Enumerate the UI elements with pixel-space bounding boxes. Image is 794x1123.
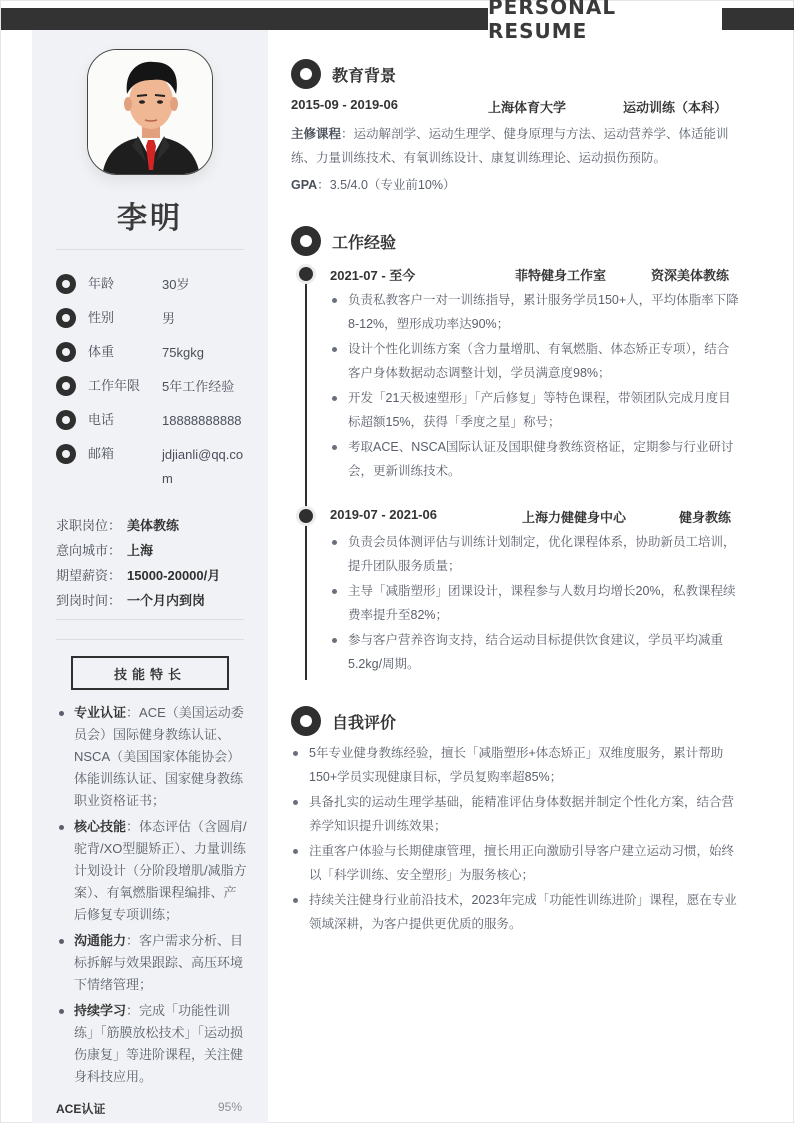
candidate-name: 李明 (32, 193, 268, 237)
job-position: 健身教练 (679, 507, 731, 526)
ring-bullet-icon (56, 342, 76, 362)
job-intent-label: 意向城市： (56, 540, 127, 559)
job-intent-label: 期望薪资： (56, 565, 127, 584)
info-label: 电话 (88, 409, 162, 431)
skills-title: 技能特长 (71, 656, 229, 690)
header-title-box: PERSONAL RESUME (488, 6, 722, 32)
job-intent-row: 期望薪资： 15000-20000/月 (56, 562, 256, 587)
basic-info-list: 年龄 30岁 性别 男 体重 75kgkg 工作年限 5年工作经验 电话 (56, 273, 256, 493)
gpa-sep: ： (317, 178, 330, 192)
info-value: 18888888888 (162, 409, 246, 433)
info-label: 性别 (88, 307, 162, 329)
job-header: 2019-07 - 2021-06 上海力健健身中心 健身教练 (330, 507, 740, 527)
skill-label: 持续学习 (74, 1003, 126, 1018)
job-bullet: 参与客户营养咨询支持，结合运动目标提供饮食建议，学员平均减重5.2kg/周期。 (330, 628, 740, 676)
skill-text: 体态评估（含圆肩/驼背/XO型腿矫正）、力量训练计划设计（分阶段增肌/减脂方案）… (74, 819, 247, 922)
ring-bullet-icon (56, 376, 76, 396)
info-row-email: 邮箱 jdjianli@qq.com (56, 443, 256, 493)
job-intent-row: 求职岗位： 美体教练 (56, 512, 256, 537)
skill-list: 专业认证：ACE（美国运动委员会）国际健身教练认证、NSCA（美国国家体能协会）… (56, 702, 248, 1092)
skill-label: 核心技能 (74, 819, 126, 834)
self-evaluation-item: 持续关注健身行业前沿技术，2023年完成「功能性训练进阶」课程，愿在专业领域深耕… (291, 888, 741, 936)
courses-text: 运动解剖学、运动生理学、健身原理与方法、运动营养学、体适能训练、力量训练技术、有… (291, 127, 729, 165)
job-intent-value: 一个月内到岗 (127, 590, 205, 609)
info-label: 邮箱 (88, 443, 162, 465)
info-value: jdjianli@qq.com (162, 443, 246, 491)
self-evaluation-list: 5年专业健身教练经验，擅长「减脂塑形+体态矫正」双维度服务，累计帮助150+学员… (291, 741, 741, 937)
job-intent-row: 意向城市： 上海 (56, 537, 256, 562)
skill-label: 专业认证 (74, 705, 126, 720)
info-value: 男 (162, 307, 246, 331)
education-period: 2015-09 - 2019-06 (291, 97, 398, 112)
info-value: 75kgkg (162, 341, 246, 365)
job-company: 上海力健健身中心 (522, 507, 626, 526)
info-row-weight: 体重 75kgkg (56, 341, 256, 375)
sidebar: 李明 年龄 30岁 性别 男 体重 75kgkg 工作年限 5年工作经验 (32, 30, 268, 1123)
self-evaluation-item: 5年专业健身教练经验，擅长「减脂塑形+体态矫正」双维度服务，累计帮助150+学员… (291, 741, 741, 789)
education-gpa: GPA：3.5/4.0（专业前10%） (291, 174, 455, 196)
section-title: 工作经验 (332, 230, 396, 253)
job-period: 2021-07 - 至今 (330, 265, 415, 284)
job-intent-value: 上海 (127, 540, 153, 559)
job-period: 2019-07 - 2021-06 (330, 507, 437, 522)
gpa-label: GPA (291, 178, 317, 192)
info-row-age: 年龄 30岁 (56, 273, 256, 307)
education-school: 上海体育大学 (488, 97, 566, 116)
header-title: PERSONAL RESUME (488, 0, 722, 43)
job-position: 资深美体教练 (651, 265, 729, 284)
job-intent-value: 美体教练 (127, 515, 179, 534)
job-bullet: 开发「21天极速塑形」「产后修复」等特色课程，带领团队完成月度目标超额15%，获… (330, 386, 740, 434)
section-title: 教育背景 (332, 63, 396, 86)
job-intent-row: 到岗时间： 一个月内到岗 (56, 587, 256, 612)
timeline-dot-icon (299, 267, 313, 281)
skill-sep: ： (126, 705, 139, 720)
job-company: 菲特健身工作室 (515, 265, 606, 284)
info-row-phone: 电话 18888888888 (56, 409, 256, 443)
ring-bullet-icon (56, 410, 76, 430)
job-bullets: 负责私教客户一对一训练指导，累计服务学员150+人，平均体脂率下降8-12%，塑… (330, 288, 740, 484)
job-bullet: 设计个性化训练方案（含力量增肌、有氧燃脂、体态矫正专项），结合客户身体数据动态调… (330, 337, 740, 385)
cert-percent: 95% (218, 1100, 242, 1117)
skill-item: 沟通能力：客户需求分析、目标拆解与效果跟踪、高压环境下情绪管理； (56, 930, 248, 996)
skill-sep: ： (126, 819, 139, 834)
section-self-evaluation-header: 自我评价 (291, 706, 396, 736)
job-bullet: 负责会员体测评估与训练计划制定，优化课程体系，协助新员工培训，提升团队服务质量； (330, 530, 740, 578)
section-education-header: 教育背景 (291, 59, 396, 89)
section-ring-icon (291, 706, 321, 736)
cert-row: ACE认证 95% (56, 1100, 242, 1117)
skill-label: 沟通能力 (74, 933, 126, 948)
job-intent-label: 求职岗位： (56, 515, 127, 534)
info-value: 5年工作经验 (162, 375, 246, 399)
gpa-value: 3.5/4.0（专业前10%） (330, 178, 456, 192)
ring-bullet-icon (56, 274, 76, 294)
avatar (87, 49, 213, 175)
skill-text: ACE（美国运动委员会）国际健身教练认证、NSCA（美国国家体能协会）体能训练认… (74, 705, 244, 808)
info-label: 工作年限 (88, 375, 162, 397)
job-header: 2021-07 - 至今 菲特健身工作室 资深美体教练 (330, 265, 740, 285)
ring-bullet-icon (56, 308, 76, 328)
info-label: 体重 (88, 341, 162, 363)
education-row: 2015-09 - 2019-06 上海体育大学 运动训练（本科） (291, 97, 741, 117)
section-title: 自我评价 (332, 710, 396, 733)
job-bullet: 主导「减脂塑形」团课设计，课程参与人数月均增长20%，私教课程续费率提升至82%… (330, 579, 740, 627)
info-label: 年龄 (88, 273, 162, 295)
ring-bullet-icon (56, 444, 76, 464)
timeline-dot-icon (299, 509, 313, 523)
job-bullet: 考取ACE、NSCA国际认证及国职健身教练资格证，定期参与行业研讨会，更新训练技… (330, 435, 740, 483)
job-intent-value: 15000-20000/月 (127, 565, 220, 584)
section-ring-icon (291, 226, 321, 256)
timeline-line (305, 273, 307, 680)
divider (56, 619, 244, 620)
job-bullet: 负责私教客户一对一训练指导，累计服务学员150+人，平均体脂率下降8-12%，塑… (330, 288, 740, 336)
section-ring-icon (291, 59, 321, 89)
courses-label: 主修课程 (291, 127, 341, 141)
cert-name: ACE认证 (56, 1100, 105, 1117)
education-major: 运动训练（本科） (623, 97, 727, 116)
resume-page: PERSONAL RESUME (0, 0, 794, 1123)
job-intent-list: 求职岗位： 美体教练 意向城市： 上海 期望薪资： 15000-20000/月 … (56, 512, 256, 612)
job-intent-label: 到岗时间： (56, 590, 127, 609)
info-row-gender: 性别 男 (56, 307, 256, 341)
self-evaluation-item: 具备扎实的运动生理学基础，能精准评估身体数据并制定个性化方案，结合营养学知识提升… (291, 790, 741, 838)
courses-sep: ： (341, 127, 354, 141)
divider (56, 639, 244, 640)
self-evaluation-item: 注重客户体验与长期健康管理，擅长用正向激励引导客户建立运动习惯，始终以「科学训练… (291, 839, 741, 887)
divider (56, 249, 244, 250)
job-bullets: 负责会员体测评估与训练计划制定，优化课程体系，协助新员工培训，提升团队服务质量；… (330, 530, 740, 677)
skill-sep: ： (126, 933, 139, 948)
skill-item: 专业认证：ACE（美国运动委员会）国际健身教练认证、NSCA（美国国家体能协会）… (56, 702, 248, 812)
skill-item: 核心技能：体态评估（含圆肩/驼背/XO型腿矫正）、力量训练计划设计（分阶段增肌/… (56, 816, 248, 926)
section-work-header: 工作经验 (291, 226, 396, 256)
skill-sep: ： (126, 1003, 139, 1018)
info-value: 30岁 (162, 273, 246, 297)
skill-item: 持续学习：完成「功能性训练」「筋膜放松技术」「运动损伤康复」等进阶课程，关注健身… (56, 1000, 248, 1088)
info-row-experience: 工作年限 5年工作经验 (56, 375, 256, 409)
education-courses: 主修课程：运动解剖学、运动生理学、健身原理与方法、运动营养学、体适能训练、力量训… (291, 122, 739, 170)
avatar-portrait-icon (88, 50, 213, 175)
